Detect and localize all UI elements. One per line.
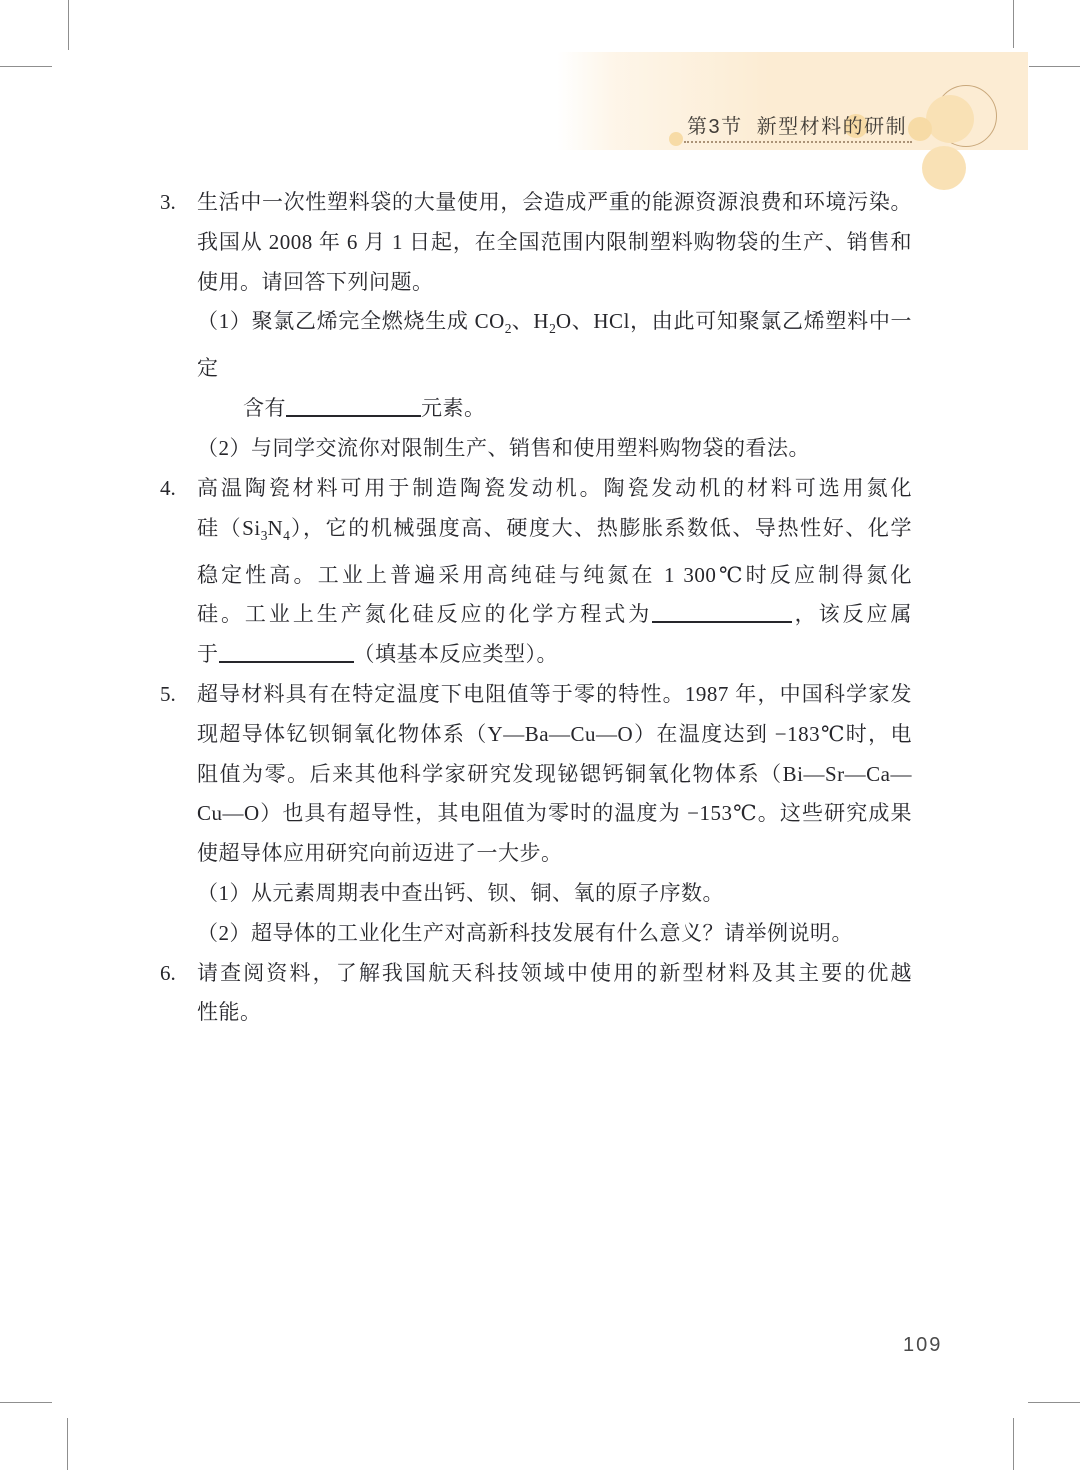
text-run: 使用。请回答下列问题。 (197, 270, 434, 294)
text-run: 性能。 (197, 1000, 262, 1024)
subscript-text: 2 (505, 322, 512, 337)
crop-mark-top-left-horizontal (0, 66, 52, 67)
question-number: 3. (160, 183, 176, 223)
decorative-circle-bump (908, 117, 932, 141)
text-line: （1）聚氯乙烯完全燃烧生成 CO2、H2O、HCl，由此可知聚氯乙烯塑料中一定 (197, 302, 912, 389)
text-run: 生活中一次性塑料袋的大量使用，会造成严重的能源资源浪费和环境污染。 (197, 190, 912, 214)
text-run: 超导材料具有在特定温度下电阻值等于零的特性。1987 年，中国科学家发 (197, 682, 912, 706)
text-run: 高温陶瓷材料可用于制造陶瓷发动机。陶瓷发动机的材料可选用氮化 (197, 476, 912, 500)
text-line: 硅（Si3N4），它的机械强度高、硬度大、热膨胀系数低、导热性好、化学 (197, 509, 912, 556)
text-run: ），它的机械强度高、硬度大、热膨胀系数低、导热性好、化学 (290, 516, 912, 540)
text-line: 于（填基本反应类型）。 (197, 635, 912, 675)
question-number: 4. (160, 469, 176, 509)
fill-in-blank (219, 659, 354, 663)
text-line: 3.生活中一次性塑料袋的大量使用，会造成严重的能源资源浪费和环境污染。 (197, 183, 912, 223)
text-line: （1）从元素周期表中查出钙、钡、铜、氧的原子序数。 (197, 874, 912, 914)
text-run: ，该反应属 (792, 602, 912, 626)
text-run: Cu—O）也具有超导性，其电阻值为零时的温度为 −153℃。这些研究成果 (197, 801, 912, 825)
section-title: 新型材料的研制 (757, 116, 908, 138)
text-line: 稳定性高。工业上普遍采用高纯硅与纯氮在 1 300℃时反应制得氮化 (197, 556, 912, 596)
text-line: 使用。请回答下列问题。 (197, 263, 912, 303)
text-line: （2）与同学交流你对限制生产、销售和使用塑料购物袋的看法。 (197, 429, 912, 469)
question-number: 5. (160, 675, 176, 715)
section-label: 第3节 (687, 116, 743, 138)
text-run: 阻值为零。后来其他科学家研究发现铋锶钙铜氧化物体系（Bi—Sr—Ca— (197, 762, 912, 786)
decorative-dot (669, 132, 683, 146)
text-line: 4.高温陶瓷材料可用于制造陶瓷发动机。陶瓷发动机的材料可选用氮化 (197, 469, 912, 509)
crop-mark-top-right-vertical (1013, 0, 1014, 48)
text-run: 于 (197, 642, 219, 666)
text-run: （1）从元素周期表中查出钙、钡、铜、氧的原子序数。 (197, 881, 724, 905)
text-run: （1）聚氯乙烯完全燃烧生成 CO (197, 309, 505, 333)
text-run: 元素。 (421, 396, 486, 420)
text-run: （2）与同学交流你对限制生产、销售和使用塑料购物袋的看法。 (197, 436, 810, 460)
crop-mark-bottom-right-horizontal (1028, 1402, 1080, 1403)
crop-mark-bottom-left-horizontal (0, 1402, 52, 1403)
text-line: 5.超导材料具有在特定温度下电阻值等于零的特性。1987 年，中国科学家发 (197, 675, 912, 715)
page-number: 109 (903, 1334, 942, 1357)
fill-in-blank (286, 413, 421, 417)
text-run: 硅（Si (197, 516, 261, 540)
text-run: 、H (512, 309, 550, 333)
text-run: （填基本反应类型）。 (354, 642, 559, 666)
questions-area: 3.生活中一次性塑料袋的大量使用，会造成严重的能源资源浪费和环境污染。我国从 2… (197, 183, 912, 1033)
text-line: 含有元素。 (197, 389, 912, 429)
crop-mark-bottom-left-vertical (67, 1418, 68, 1470)
text-line: 我国从 2008 年 6 月 1 日起，在全国范围内限制塑料购物袋的生产、销售和 (197, 223, 912, 263)
text-run: （2）超导体的工业化生产对高新科技发展有什么意义？请举例说明。 (197, 921, 853, 945)
text-run: 我国从 2008 年 6 月 1 日起，在全国范围内限制塑料购物袋的生产、销售和 (197, 230, 912, 254)
text-run: 含有 (243, 396, 286, 420)
text-run: 使超导体应用研究向前迈进了一大步。 (197, 841, 563, 865)
text-run: 硅。工业上生产氮化硅反应的化学方程式为 (197, 602, 652, 626)
question-number: 6. (160, 954, 176, 994)
text-line: 性能。 (197, 993, 912, 1033)
crop-mark-bottom-right-vertical (1013, 1418, 1014, 1470)
fill-in-blank (652, 619, 792, 623)
subscript-text: 4 (283, 528, 290, 543)
text-line: 6.请查阅资料，了解我国航天科技领域中使用的新型材料及其主要的优越 (197, 954, 912, 994)
decorative-circle-lower (922, 146, 966, 190)
text-line: 阻值为零。后来其他科学家研究发现铋锶钙铜氧化物体系（Bi—Sr—Ca— (197, 755, 912, 795)
text-run: 稳定性高。工业上普遍采用高纯硅与纯氮在 1 300℃时反应制得氮化 (197, 563, 912, 587)
subscript-text: 2 (549, 322, 556, 337)
header-dotted-underline (684, 141, 912, 143)
textbook-page: 第3节新型材料的研制 3.生活中一次性塑料袋的大量使用，会造成严重的能源资源浪费… (0, 0, 1080, 1470)
crop-mark-top-left-vertical (68, 0, 69, 50)
text-line: 现超导体钇钡铜氧化物体系（Y—Ba—Cu—O）在温度达到 −183℃时，电 (197, 715, 912, 755)
section-header: 第3节新型材料的研制 (687, 110, 907, 139)
text-line: （2）超导体的工业化生产对高新科技发展有什么意义？请举例说明。 (197, 914, 912, 954)
text-run: 现超导体钇钡铜氧化物体系（Y—Ba—Cu—O）在温度达到 −183℃时，电 (197, 722, 912, 746)
text-run: 请查阅资料，了解我国航天科技领域中使用的新型材料及其主要的优越 (197, 961, 912, 985)
text-line: Cu—O）也具有超导性，其电阻值为零时的温度为 −153℃。这些研究成果 (197, 794, 912, 834)
text-line: 硅。工业上生产氮化硅反应的化学方程式为，该反应属 (197, 595, 912, 635)
text-line: 使超导体应用研究向前迈进了一大步。 (197, 834, 912, 874)
crop-mark-top-right-horizontal (1029, 66, 1080, 67)
decorative-circle-large (926, 95, 974, 143)
text-run: N (267, 516, 283, 540)
